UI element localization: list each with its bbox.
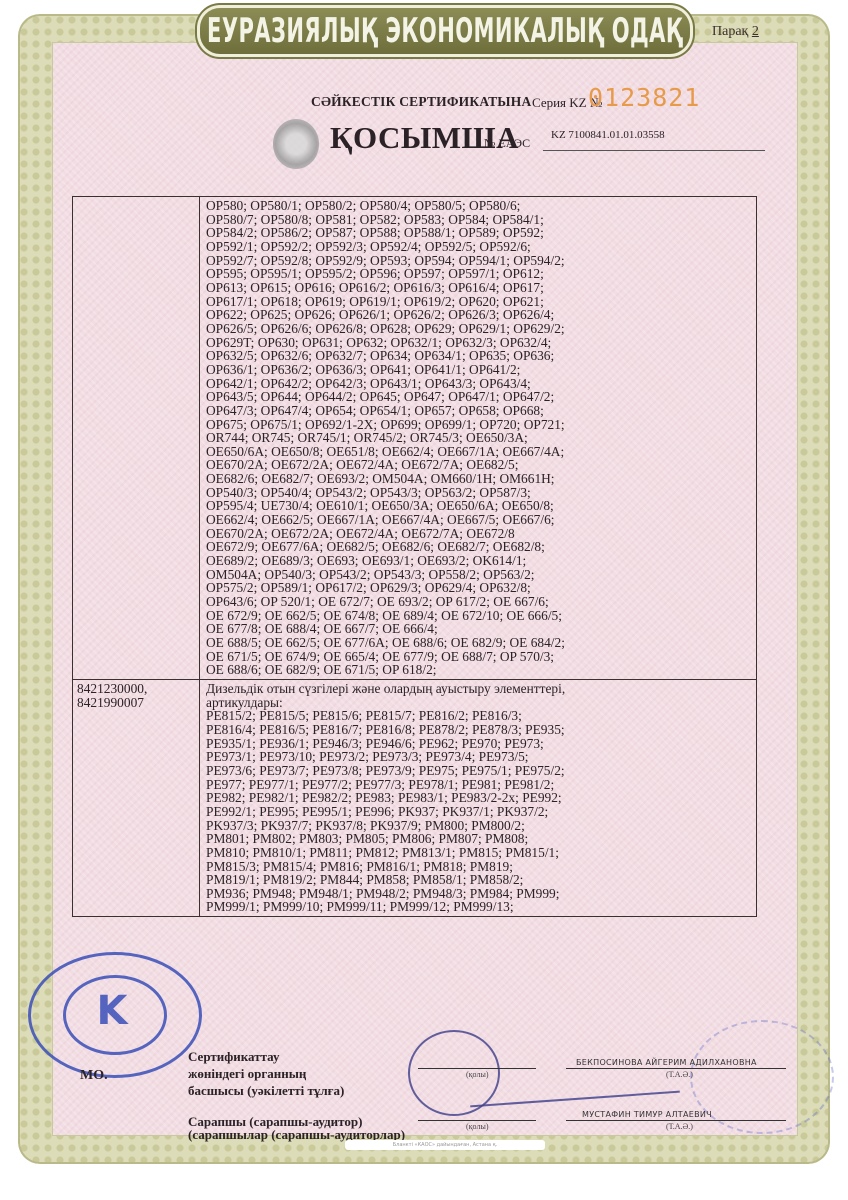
- eaes-underline: [543, 150, 765, 151]
- product-line: OP592/1; OP592/2; OP592/3; OP592/4; OP59…: [206, 240, 752, 254]
- product-line: OE 671/5; OE 674/9; OE 665/4; OE 677/9; …: [206, 650, 752, 664]
- product-line: PM801; PM802; PM803; PM805; PM806; PM807…: [206, 832, 752, 846]
- head-signature-caption: (қолы): [466, 1070, 488, 1079]
- head-name-caption: (Т.А.Ә.): [666, 1070, 693, 1079]
- blank-note: Бланкті «КАОС» дайындаған, Астана қ.: [345, 1140, 545, 1150]
- product-line: OR744; OR745; OR745/1; OR745/2; OR745/3;…: [206, 431, 752, 445]
- product-line: PE973/6; PE973/7; PE973/8; PE973/9; PE97…: [206, 764, 752, 778]
- expert-name-line: [566, 1120, 786, 1121]
- product-line: OP632/5; OP632/6; OP632/7; OP634; OP634/…: [206, 349, 752, 363]
- eaes-number: KZ 7100841.01.01.03558: [551, 129, 665, 141]
- product-line: PE992/1; PE995; PE995/1; PE996; PK937; P…: [206, 805, 752, 819]
- expert-signature-caption: (қолы): [466, 1122, 488, 1131]
- product-line: OP643/5; OP644; OP644/2; OP645; OP647; O…: [206, 390, 752, 404]
- stamp-mark: МО.: [80, 1068, 108, 1084]
- sheet-label-text: Парақ: [712, 24, 748, 39]
- head-label-line: Сертификаттау: [188, 1048, 344, 1065]
- product-line: PM810; PM810/1; PM811; PM812; PM813/1; P…: [206, 846, 752, 860]
- product-line: OE650/6A; OE650/8; OE651/8; OE662/4; OE6…: [206, 445, 752, 459]
- product-line: OP636/1; OP636/2; OP636/3; OP641; OP641/…: [206, 363, 752, 377]
- eaes-label: № ЕАЭС: [484, 136, 530, 151]
- product-line: OP626/5; OP626/6; OP626/8; OP628; OP629;…: [206, 322, 752, 336]
- kz-logo-icon: K: [83, 987, 141, 1035]
- union-banner: ЕУРАЗИЯЛЫҚ ЭКОНОМИКАЛЫҚ ОДАҚ: [200, 8, 690, 54]
- product-line: OE670/2A; OE672/2A; OE672/4A; OE672/7A; …: [206, 458, 752, 472]
- head-label-line: басшысы (уәкілетті тұлға): [188, 1082, 344, 1099]
- serial-number: 0123821: [588, 83, 700, 112]
- product-line: OP595; OP595/1; OP595/2; OP596; OP597; O…: [206, 267, 752, 281]
- product-line: OP540/3; OP540/4; OP543/2; OP543/3; OP56…: [206, 486, 752, 500]
- product-line: OP642/1; OP642/2; OP642/3; OP643/1; OP64…: [206, 377, 752, 391]
- product-line: OE 688/6; OE 682/9; OE 671/5; OP 618/2;: [206, 663, 752, 677]
- expert-name: МУСТАФИН ТИМУР АЛТАЕВИЧ: [582, 1110, 712, 1119]
- product-list-cell: Дизельдік отын сүзгілері және олардың ау…: [200, 679, 757, 916]
- product-line: OE670/2A; OE672/2A; OE672/4A; OE672/7A; …: [206, 527, 752, 541]
- product-line: OE 672/9; OE 662/5; OE 674/8; OE 689/4; …: [206, 609, 752, 623]
- product-line: OP647/3; OP647/4; OP654; OP654/1; OP657;…: [206, 404, 752, 418]
- product-line: PM936; PM948; PM948/1; PM948/2; PM948/3;…: [206, 887, 752, 901]
- head-label: Сертификаттау жөніндегі органның басшысы…: [188, 1048, 344, 1099]
- product-line: OE 677/8; OE 688/4; OE 667/7; OE 666/4;: [206, 622, 752, 636]
- head-signature-line: [418, 1068, 536, 1069]
- product-line: OE689/2; OE689/3; OE693; OE693/1; OE693/…: [206, 554, 752, 568]
- hologram-seal-icon: [273, 119, 319, 169]
- product-line: OP580; OP580/1; OP580/2; OP580/4; OP580/…: [206, 199, 752, 213]
- table-row: 8421230000, 8421990007Дизельдік отын сүз…: [73, 679, 757, 916]
- product-line: OP592/7; OP592/8; OP592/9; OP593; OP594;…: [206, 254, 752, 268]
- product-line: PE977; PE977/1; PE977/2; PE977/3; PE978/…: [206, 778, 752, 792]
- product-line: PM819/1; PM819/2; PM844; PM858; PM858/1;…: [206, 873, 752, 887]
- product-line: OP629T; OP630; OP631; OP632; OP632/1; OP…: [206, 336, 752, 350]
- product-line: PM815/3; PM815/4; PM816; PM816/1; PM818;…: [206, 860, 752, 874]
- certification-stamp: K: [28, 952, 202, 1078]
- product-line: OP595/4; UE730/4; OE610/1; OE650/3A; OE6…: [206, 499, 752, 513]
- product-line: артикулдары:: [206, 696, 752, 710]
- product-line: OP584/2; OP586/2; OP587; OP588; OP588/1;…: [206, 226, 752, 240]
- sheet-label: Парақ 2: [712, 24, 759, 40]
- product-line: OE672/9; OE677/6A; OE682/5; OE682/6; OE6…: [206, 540, 752, 554]
- product-line: OM504A; OP540/3; OP543/2; OP543/3; OP558…: [206, 568, 752, 582]
- product-list-cell: OP580; OP580/1; OP580/2; OP580/4; OP580/…: [200, 197, 757, 680]
- product-line: PM999/1; PM999/10; PM999/11; PM999/12; P…: [206, 900, 752, 914]
- product-line: OP575/2; OP589/1; OP617/2; OP629/3; OP62…: [206, 581, 752, 595]
- head-name-line: [566, 1068, 786, 1069]
- head-label-line: жөніндегі органның: [188, 1065, 344, 1082]
- product-line: PE815/2; PE815/5; PE815/6; PE815/7; PE81…: [206, 709, 752, 723]
- sheet-number: 2: [752, 24, 759, 39]
- hs-code-cell: 8421230000, 8421990007: [73, 679, 200, 916]
- expert-label: Сарапшы (сарапшы-аудитор) (сарапшылар (с…: [188, 1115, 405, 1141]
- product-line: OE662/4; OE662/5; OE667/1A; OE667/4A; OE…: [206, 513, 752, 527]
- certificate-line: СӘЙКЕСТІК СЕРТИФИКАТЫНА: [311, 94, 531, 110]
- expert-signature-line: [418, 1120, 536, 1121]
- hs-code-cell: [73, 197, 200, 680]
- product-line: OP675; OP675/1; OP692/1-2X; OP699; OP699…: [206, 418, 752, 432]
- product-line: PE973/1; PE973/10; PE973/2; PE973/3; PE9…: [206, 750, 752, 764]
- product-line: PE982; PE982/1; PE982/2; PE983; PE983/1;…: [206, 791, 752, 805]
- product-table: OP580; OP580/1; OP580/2; OP580/4; OP580/…: [72, 196, 757, 917]
- expert-name-caption: (Т.А.Ә.): [666, 1122, 693, 1131]
- product-line: OP643/6; OP 520/1; OE 672/7; OE 693/2; O…: [206, 595, 752, 609]
- product-line: OP622; OP625; OP626; OP626/1; OP626/2; O…: [206, 308, 752, 322]
- head-name: БЕКПОСИНОВА АЙГЕРИМ АДИЛХАНОВНА: [576, 1058, 757, 1067]
- product-line: OE682/6; OE682/7; OE693/2; OM504A; OM660…: [206, 472, 752, 486]
- product-line: OP613; OP615; OP616; OP616/2; OP616/3; O…: [206, 281, 752, 295]
- product-line: PE935/1; PE936/1; PE946/3; PE946/6; PE96…: [206, 737, 752, 751]
- product-line: Дизельдік отын сүзгілері және олардың ау…: [206, 682, 752, 696]
- union-title: ЕУРАЗИЯЛЫҚ ЭКОНОМИКАЛЫҚ ОДАҚ: [207, 12, 682, 51]
- product-line: OE 688/5; OE 662/5; OE 677/6A; OE 688/6;…: [206, 636, 752, 650]
- product-line: OP580/7; OP580/8; OP581; OP582; OP583; O…: [206, 213, 752, 227]
- table-row: OP580; OP580/1; OP580/2; OP580/4; OP580/…: [73, 197, 757, 680]
- product-line: OP617/1; OP618; OP619; OP619/1; OP619/2;…: [206, 295, 752, 309]
- product-line: PE816/4; PE816/5; PE816/7; PE816/8; PE87…: [206, 723, 752, 737]
- product-line: PK937/3; PK937/7; PK937/8; PK937/9; PM80…: [206, 819, 752, 833]
